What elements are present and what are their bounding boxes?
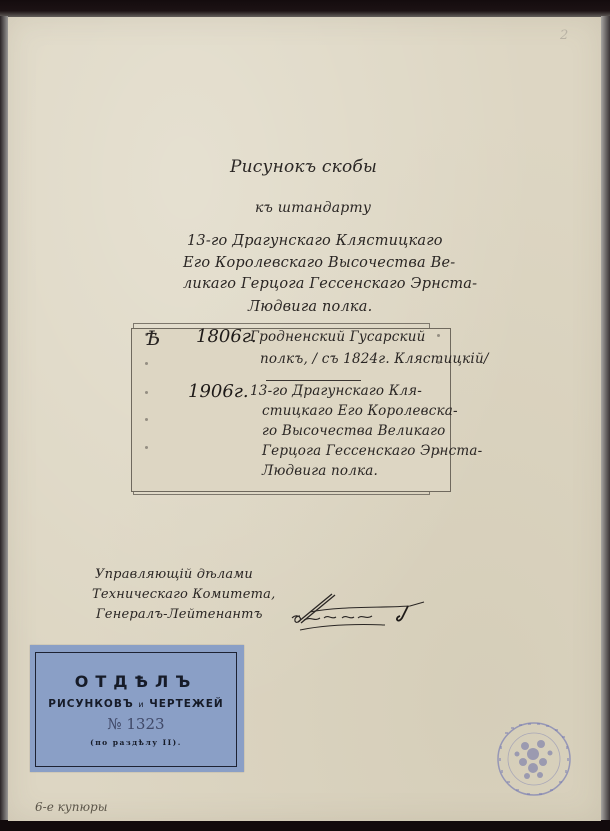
history-entry-line: Гродненский Гусарский xyxy=(250,329,426,345)
pin-dot xyxy=(145,391,148,394)
history-year: 1806г. xyxy=(196,326,257,347)
signature-line: Генералъ-Лейтенантъ xyxy=(96,607,263,622)
history-entry-line: стицкаго Его Королевска- xyxy=(262,403,458,419)
scan-border-left xyxy=(0,16,8,822)
history-entry-line: Людвига полка. xyxy=(262,463,378,479)
label-subtitle-b: ЧЕРТЕЖЕЙ xyxy=(149,698,224,710)
history-entry-line: полкъ, / съ 1824г. Клястицкій/ xyxy=(260,351,489,367)
scan-border-right xyxy=(601,16,610,822)
label-subtitle-a: РИСУНКОВЪ xyxy=(48,698,133,710)
label-number: № 1323 xyxy=(36,715,236,733)
page-number: 2 xyxy=(560,28,568,43)
regiment-line: ликаго Герцога Гессенскаго Эрнста- xyxy=(183,276,477,292)
signature-line: Техническаго Комитета, xyxy=(92,587,275,602)
signature-line: Управляющій дѣлами xyxy=(95,567,253,582)
scan-border-bottom xyxy=(0,820,610,831)
history-entry-line: Герцога Гессенскаго Эрнста- xyxy=(262,443,482,459)
pin-dot xyxy=(437,334,440,337)
handwritten-signature-icon xyxy=(290,590,430,635)
label-subtitle: РИСУНКОВЪ и ЧЕРТЕЖЕЙ xyxy=(36,698,236,710)
label-border: ОТДѢЛЪ РИСУНКОВЪ и ЧЕРТЕЖЕЙ № 1323 (по р… xyxy=(35,652,237,767)
label-title: ОТДѢЛЪ xyxy=(36,672,236,691)
document-title: Рисунокъ скобы xyxy=(230,157,377,177)
scan-border-top xyxy=(0,0,610,18)
pin-dot xyxy=(145,446,148,449)
label-section: (по раздѣлу II). xyxy=(36,738,236,747)
department-label: ОТДѢЛЪ РИСУНКОВЪ и ЧЕРТЕЖЕЙ № 1323 (по р… xyxy=(30,645,244,772)
regiment-line: Людвига полка. xyxy=(248,299,372,315)
document-subtitle: къ штандарту xyxy=(255,200,371,216)
monogram-icon: Ѣ xyxy=(145,326,160,350)
pin-dot xyxy=(145,418,148,421)
bottom-pencil-note: 6-е купюры xyxy=(35,800,107,814)
history-entry-line: 13-го Драгунскаго Кля- xyxy=(250,383,422,399)
separator-line xyxy=(266,380,361,381)
regiment-line: Его Королевскаго Высочества Ве- xyxy=(183,255,455,271)
label-subtitle-conj: и xyxy=(138,700,144,709)
history-year: 1906г. xyxy=(188,381,249,402)
pin-dot xyxy=(145,362,148,365)
history-entry-line: го Высочества Великаго xyxy=(262,423,445,439)
regiment-line: 13-го Драгунскаго Клястицкаго xyxy=(187,233,443,249)
circular-seal-stamp-icon xyxy=(495,718,573,800)
